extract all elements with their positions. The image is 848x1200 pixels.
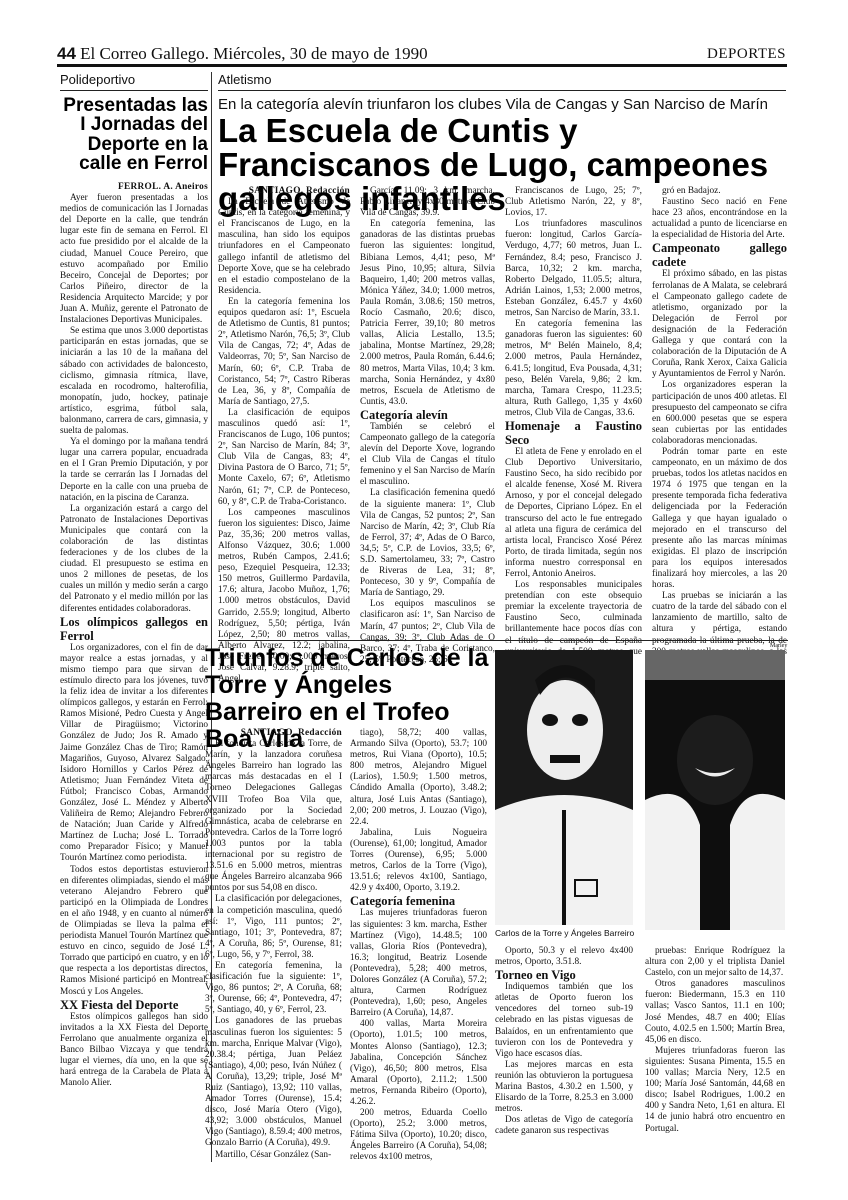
paragraph: La clasificación femenina quedó de la si… <box>360 488 495 599</box>
athlete-portrait-icon <box>645 650 785 930</box>
paragraph: El fondista Carlos de la Torre, de Marín… <box>205 739 342 894</box>
paragraph: Los organizadores esperan la participaci… <box>652 380 787 447</box>
paragraph: Indiquemos también que los atletas de Op… <box>495 982 633 1060</box>
paragraph: Todos estos deportistas estuvieron en di… <box>60 865 208 998</box>
athlete-portrait-icon <box>495 650 633 925</box>
boa-col-4: pruebas: Enrique Rodríguez la altura con… <box>645 946 785 1135</box>
newspaper-date: El Correo Gallego. Miércoles, 30 de mayo… <box>80 44 427 63</box>
paragraph: tiago), 58,72; 400 vallas, Armando Silva… <box>350 728 487 828</box>
paragraph: Estos olímpicos gallegos han sido invita… <box>60 1012 208 1090</box>
paragraph: 200 metros, Eduarda Coello (Oporto), 25.… <box>350 1108 487 1163</box>
paragraph: Los triunfadores masculinos fueron: long… <box>505 219 642 319</box>
subhead: Campeonato gallego cadete <box>652 241 787 269</box>
paragraph: Se estima que unos 3.000 deportistas par… <box>60 326 208 437</box>
section-label-polideportivo: Polideportivo <box>60 72 135 87</box>
article-separator <box>218 640 788 641</box>
main-col-4: gró en Badajoz. Faustino Seco nació en F… <box>652 186 787 669</box>
paragraph: También se celebró el Campeonato gallego… <box>360 422 495 489</box>
paragraph: Las mujeres triunfadoras fueron las sigu… <box>350 908 487 1019</box>
paragraph: Ayer fueron presentadas a los medios de … <box>60 193 208 326</box>
paragraph: Podrán tomar parte en este campeonato, e… <box>652 447 787 591</box>
main-col-1: SANTIAGO. Redacción La Escuela de Atleti… <box>218 186 350 685</box>
paragraph: Mujeres triunfadoras fueron las siguient… <box>645 1046 785 1135</box>
boa-col-1: SANTIAGO. Redacción El fondista Carlos d… <box>205 728 342 1161</box>
paragraph: El próximo sábado, en las pistas ferrola… <box>652 269 787 380</box>
boa-col-2: tiago), 58,72; 400 vallas, Armando Silva… <box>350 728 487 1164</box>
photo-credit: Marley <box>770 643 787 649</box>
paragraph: En la categoría femenina los equipos que… <box>218 297 350 408</box>
subhead: Categoría alevín <box>360 408 495 422</box>
paragraph: García, 11,09; 3 km. marcha, Pablo Linan… <box>360 186 495 219</box>
page-number: 44 <box>57 44 76 63</box>
paragraph: gró en Badajoz. <box>652 186 787 197</box>
subhead: Homenaje a Faustino Seco <box>505 419 642 447</box>
left-article-body: FERROL. A. Aneiros Ayer fueron presentad… <box>60 182 208 1089</box>
paragraph: En categoría femenina, las ganadoras de … <box>360 219 495 408</box>
boa-col-3: Oporto, 50.3 y el relevo 4x400 metros, O… <box>495 946 633 1138</box>
subhead: Torneo en Vigo <box>495 968 633 982</box>
paragraph: Otros ganadores masculinos fueron: Biede… <box>645 979 785 1046</box>
paragraph: En categoría femenina, la clasificación … <box>205 961 342 1016</box>
byline: SANTIAGO. Redacción <box>205 728 342 739</box>
paragraph: Las mejores marcas en esta reunión las o… <box>495 1060 633 1115</box>
paragraph: Faustino Seco nació en Fene hace 23 años… <box>652 197 787 241</box>
photo-caption: Carlos de la Torre y Ángeles Barreiro <box>495 928 634 938</box>
divider <box>60 90 208 91</box>
masthead-rule <box>57 64 787 67</box>
paragraph: pruebas: Enrique Rodríguez la altura con… <box>645 946 785 979</box>
masthead: 44 El Correo Gallego. Miércoles, 30 de m… <box>57 44 428 64</box>
paragraph: Dos atletas de Vigo de categoría cadete … <box>495 1115 633 1137</box>
subhead: Los olímpicos gallegos en Ferrol <box>60 615 208 643</box>
left-headline: Presentadas las I Jornadas del Deporte e… <box>62 96 208 174</box>
paragraph: El atleta de Fene y enrolado en el Club … <box>505 447 642 580</box>
paragraph: La clasificación por delegaciones, en la… <box>205 894 342 961</box>
paragraph: Oporto, 50.3 y el relevo 4x400 metros, O… <box>495 946 633 968</box>
paragraph: La Escuela de Atletismo de Cuntis, en la… <box>218 197 350 297</box>
paragraph: Franciscanos de Lugo, 25; 7º, Club Atlet… <box>505 186 642 219</box>
paragraph: En categoría femenina las ganadoras fuer… <box>505 319 642 419</box>
subhead: Categoría femenina <box>350 894 487 908</box>
paragraph: Los ganadores de las pruebas masculinas … <box>205 1016 342 1149</box>
paragraph: La organización estará a cargo del Patro… <box>60 504 208 615</box>
main-col-3: Franciscanos de Lugo, 25; 7º, Club Atlet… <box>505 186 642 669</box>
photo-carlos-de-la-torre <box>495 650 633 925</box>
paragraph: Martillo, César González (San- <box>205 1150 342 1161</box>
kicker: En la categoría alevín triunfaron los cl… <box>218 96 793 113</box>
paragraph: Los organizadores, con el fin de dar may… <box>60 643 208 865</box>
paragraph: 400 vallas, Marta Moreira (Oporto), 1.01… <box>350 1019 487 1108</box>
byline: FERROL. A. Aneiros <box>60 182 208 193</box>
photo-angeles-barreiro <box>645 650 785 930</box>
byline: SANTIAGO. Redacción <box>218 186 350 197</box>
main-col-2: García, 11,09; 3 km. marcha, Pablo Linan… <box>360 186 495 666</box>
paragraph: Jabalina, Luis Nogueira (Ourense), 61,00… <box>350 828 487 895</box>
divider <box>218 90 786 91</box>
subhead: XX Fiesta del Deporte <box>60 998 208 1012</box>
paragraph: La clasificación de equipos masculinos q… <box>218 408 350 508</box>
paragraph: Ya el domingo por la mañana tendrá lugar… <box>60 437 208 504</box>
section-label-atletismo: Atletismo <box>218 72 271 87</box>
section-title: DEPORTES <box>707 46 786 63</box>
